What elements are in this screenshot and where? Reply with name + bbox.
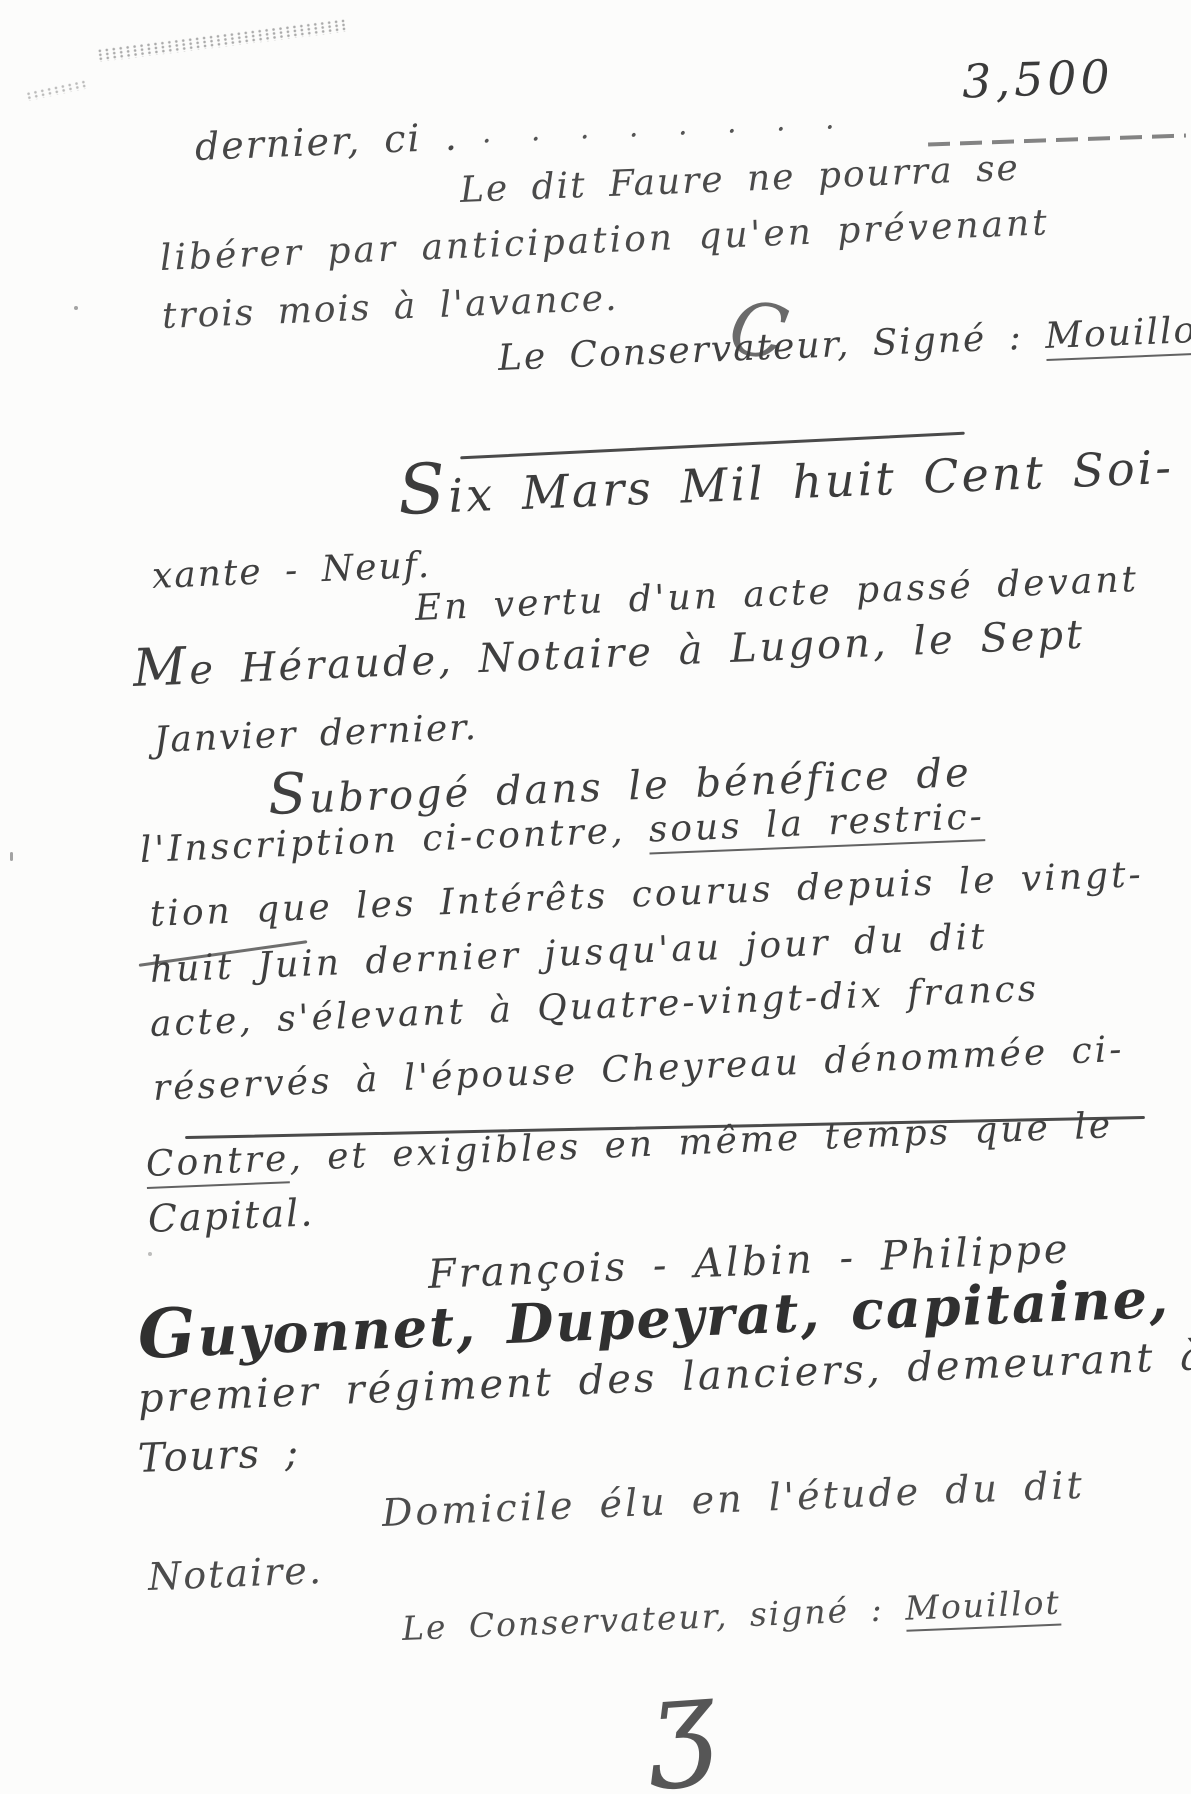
signature-line: Le Conservateur, signé : Mouillot xyxy=(401,1584,1061,1648)
line-text: dernier, ci . xyxy=(194,114,459,169)
ink-speck xyxy=(10,852,13,861)
manuscript-line: réservés à l'épouse Cheyreau dénommée ci… xyxy=(152,1029,1125,1109)
signature-line: Le Conservateur, Signé : Mouillot xyxy=(497,309,1191,379)
signature-prefix: Le Conservateur, signé : xyxy=(401,1589,906,1648)
manuscript-line: Tours ; xyxy=(137,1430,301,1482)
manuscript-line: tion que les Intérêts courus depuis le v… xyxy=(149,854,1144,935)
ink-speck xyxy=(148,1252,152,1256)
line-text: l'Inscription ci-contre, xyxy=(139,810,649,871)
manuscript-line: libérer par anticipation qu'en prévenant xyxy=(159,202,1050,279)
manuscript-line: Notaire. xyxy=(147,1549,324,1600)
ink-speck xyxy=(74,306,78,310)
manuscript-line: Contre, et exigibles en même temps que l… xyxy=(145,1105,1114,1185)
manuscript-line: trois mois à l'avance. xyxy=(161,278,619,338)
dots-leader: . . . . . . . . xyxy=(481,101,835,150)
ink-smudge xyxy=(96,19,346,62)
ink-smudge xyxy=(25,80,88,102)
manuscript-line: Capital. xyxy=(147,1191,315,1241)
manuscript-line: Domicile élu en l'étude du dit xyxy=(381,1464,1085,1536)
amount-annotation: 3,500 xyxy=(961,49,1114,108)
signature-name: Mouillot xyxy=(904,1583,1061,1632)
manuscript-line: Le dit Faure ne pourra se xyxy=(459,148,1020,212)
line-text: , et exigibles en même temps que le xyxy=(288,1105,1113,1179)
manuscript-line: xante - Neuf. xyxy=(151,545,432,598)
amount-underline-stroke xyxy=(928,133,1186,146)
signature-name: Mouillot xyxy=(1044,309,1191,361)
paraph-flourish: ʒ xyxy=(644,1660,719,1782)
underlined-text: Contre xyxy=(145,1138,290,1189)
manuscript-line: Janvier dernier. xyxy=(153,707,479,761)
manuscript-page: 3,500 dernier, ci . . . . . . . . . Le d… xyxy=(0,0,1191,1794)
manuscript-line: Six Mars Mil huit Cent Soi- xyxy=(396,421,1175,531)
